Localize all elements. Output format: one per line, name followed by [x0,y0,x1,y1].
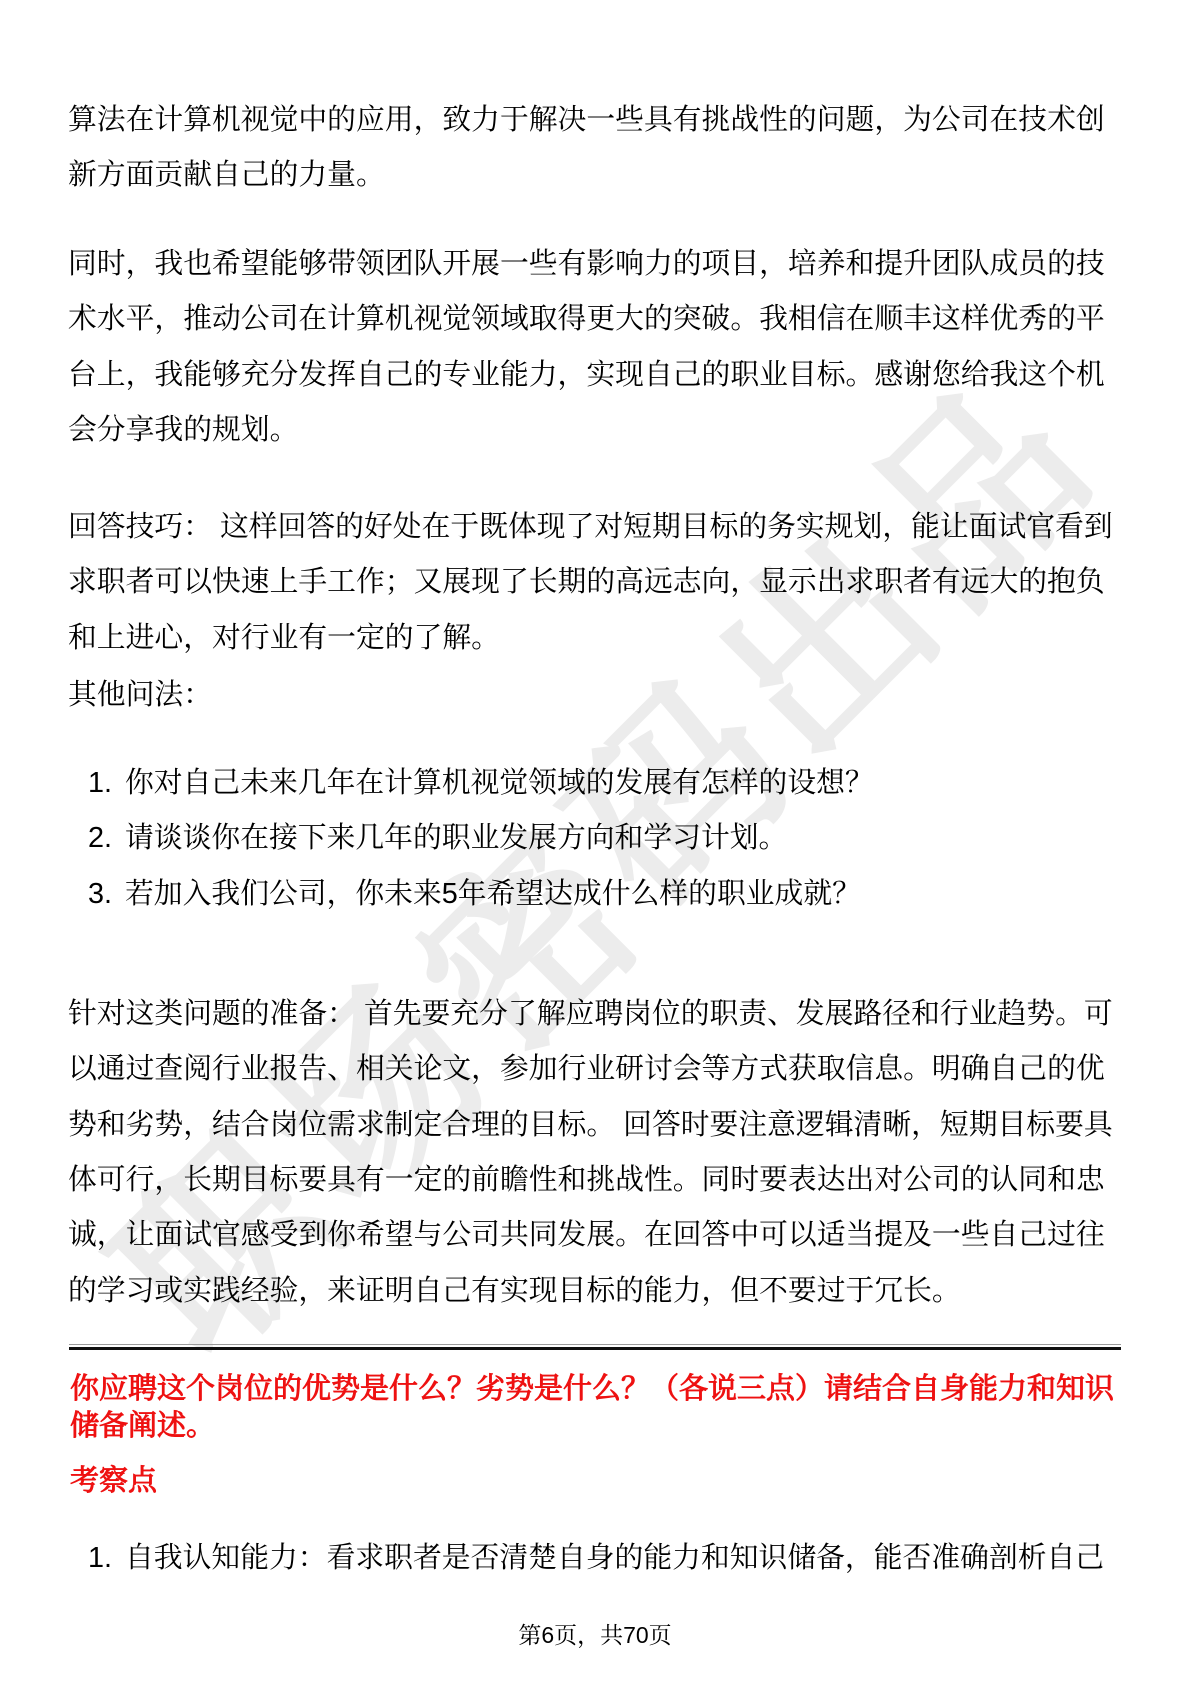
paragraph-career-goal: 算法在计算机视觉中的应用，致力于解决一些具有挑战性的问题，为公司在技术创新方面贡… [68,93,1126,204]
question-heading-line: 储备阐述。 [70,1408,1132,1445]
paragraph-preparation: 针对这类问题的准备： 首先要充分了解应聘岗位的职责、发展路径和行业趋势。可以通过… [68,987,1126,1319]
assessment-points-heading: 考察点 [70,1465,157,1497]
item-text: 自我认知能力：看求职者是否清楚自身的能力和知识储备，能否准确剖析自己 [125,1542,1104,1574]
section-divider [69,1344,1121,1350]
item-number: 2. [88,811,112,866]
item-text: 若加入我们公司，你未来5年希望达成什么样的职业成就？ [125,878,861,910]
question-heading: 你应聘这个岗位的优势是什么？劣势是什么？（各说三点）请结合自身能力和知识 储备阐… [70,1371,1132,1444]
question-heading-line: 你应聘这个岗位的优势是什么？劣势是什么？（各说三点）请结合自身能力和知识 [70,1371,1132,1408]
item-text: 你对自己未来几年在计算机视觉领域的发展有怎样的设想？ [125,767,874,799]
document-page: 职场密码出品 算法在计算机视觉中的应用，致力于解决一些具有挑战性的问题，为公司在… [0,0,1190,1684]
list-item: 3. 若加入我们公司，你未来5年希望达成什么样的职业成就？ [68,867,1126,922]
item-number: 1. [88,1531,112,1586]
item-text: 请谈谈你在接下来几年的职业发展方向和学习计划。 [125,822,787,854]
paragraph-team-leading: 同时，我也希望能够带领团队开展一些有影响力的项目，培养和提升团队成员的技术水平，… [68,237,1126,459]
list-item: 2. 请谈谈你在接下来几年的职业发展方向和学习计划。 [68,811,1126,866]
list-item: 1. 你对自己未来几年在计算机视觉领域的发展有怎样的设想？ [68,756,1126,811]
list-item: 1. 自我认知能力：看求职者是否清楚自身的能力和知识储备，能否准确剖析自己 [68,1531,1126,1586]
page-number-indicator: 第6页，共70页 [0,1622,1190,1648]
item-number: 3. [88,867,112,922]
item-number: 1. [88,756,112,811]
paragraph-answer-tips: 回答技巧： 这样回答的好处在于既体现了对短期目标的务实规划，能让面试官看到求职者… [68,500,1126,666]
other-questions-list: 1. 你对自己未来几年在计算机视觉领域的发展有怎样的设想？ 2. 请谈谈你在接下… [68,756,1126,922]
other-questions-label: 其他问法： [68,668,1126,723]
assessment-points-list: 1. 自我认知能力：看求职者是否清楚自身的能力和知识储备，能否准确剖析自己 [68,1531,1126,1586]
